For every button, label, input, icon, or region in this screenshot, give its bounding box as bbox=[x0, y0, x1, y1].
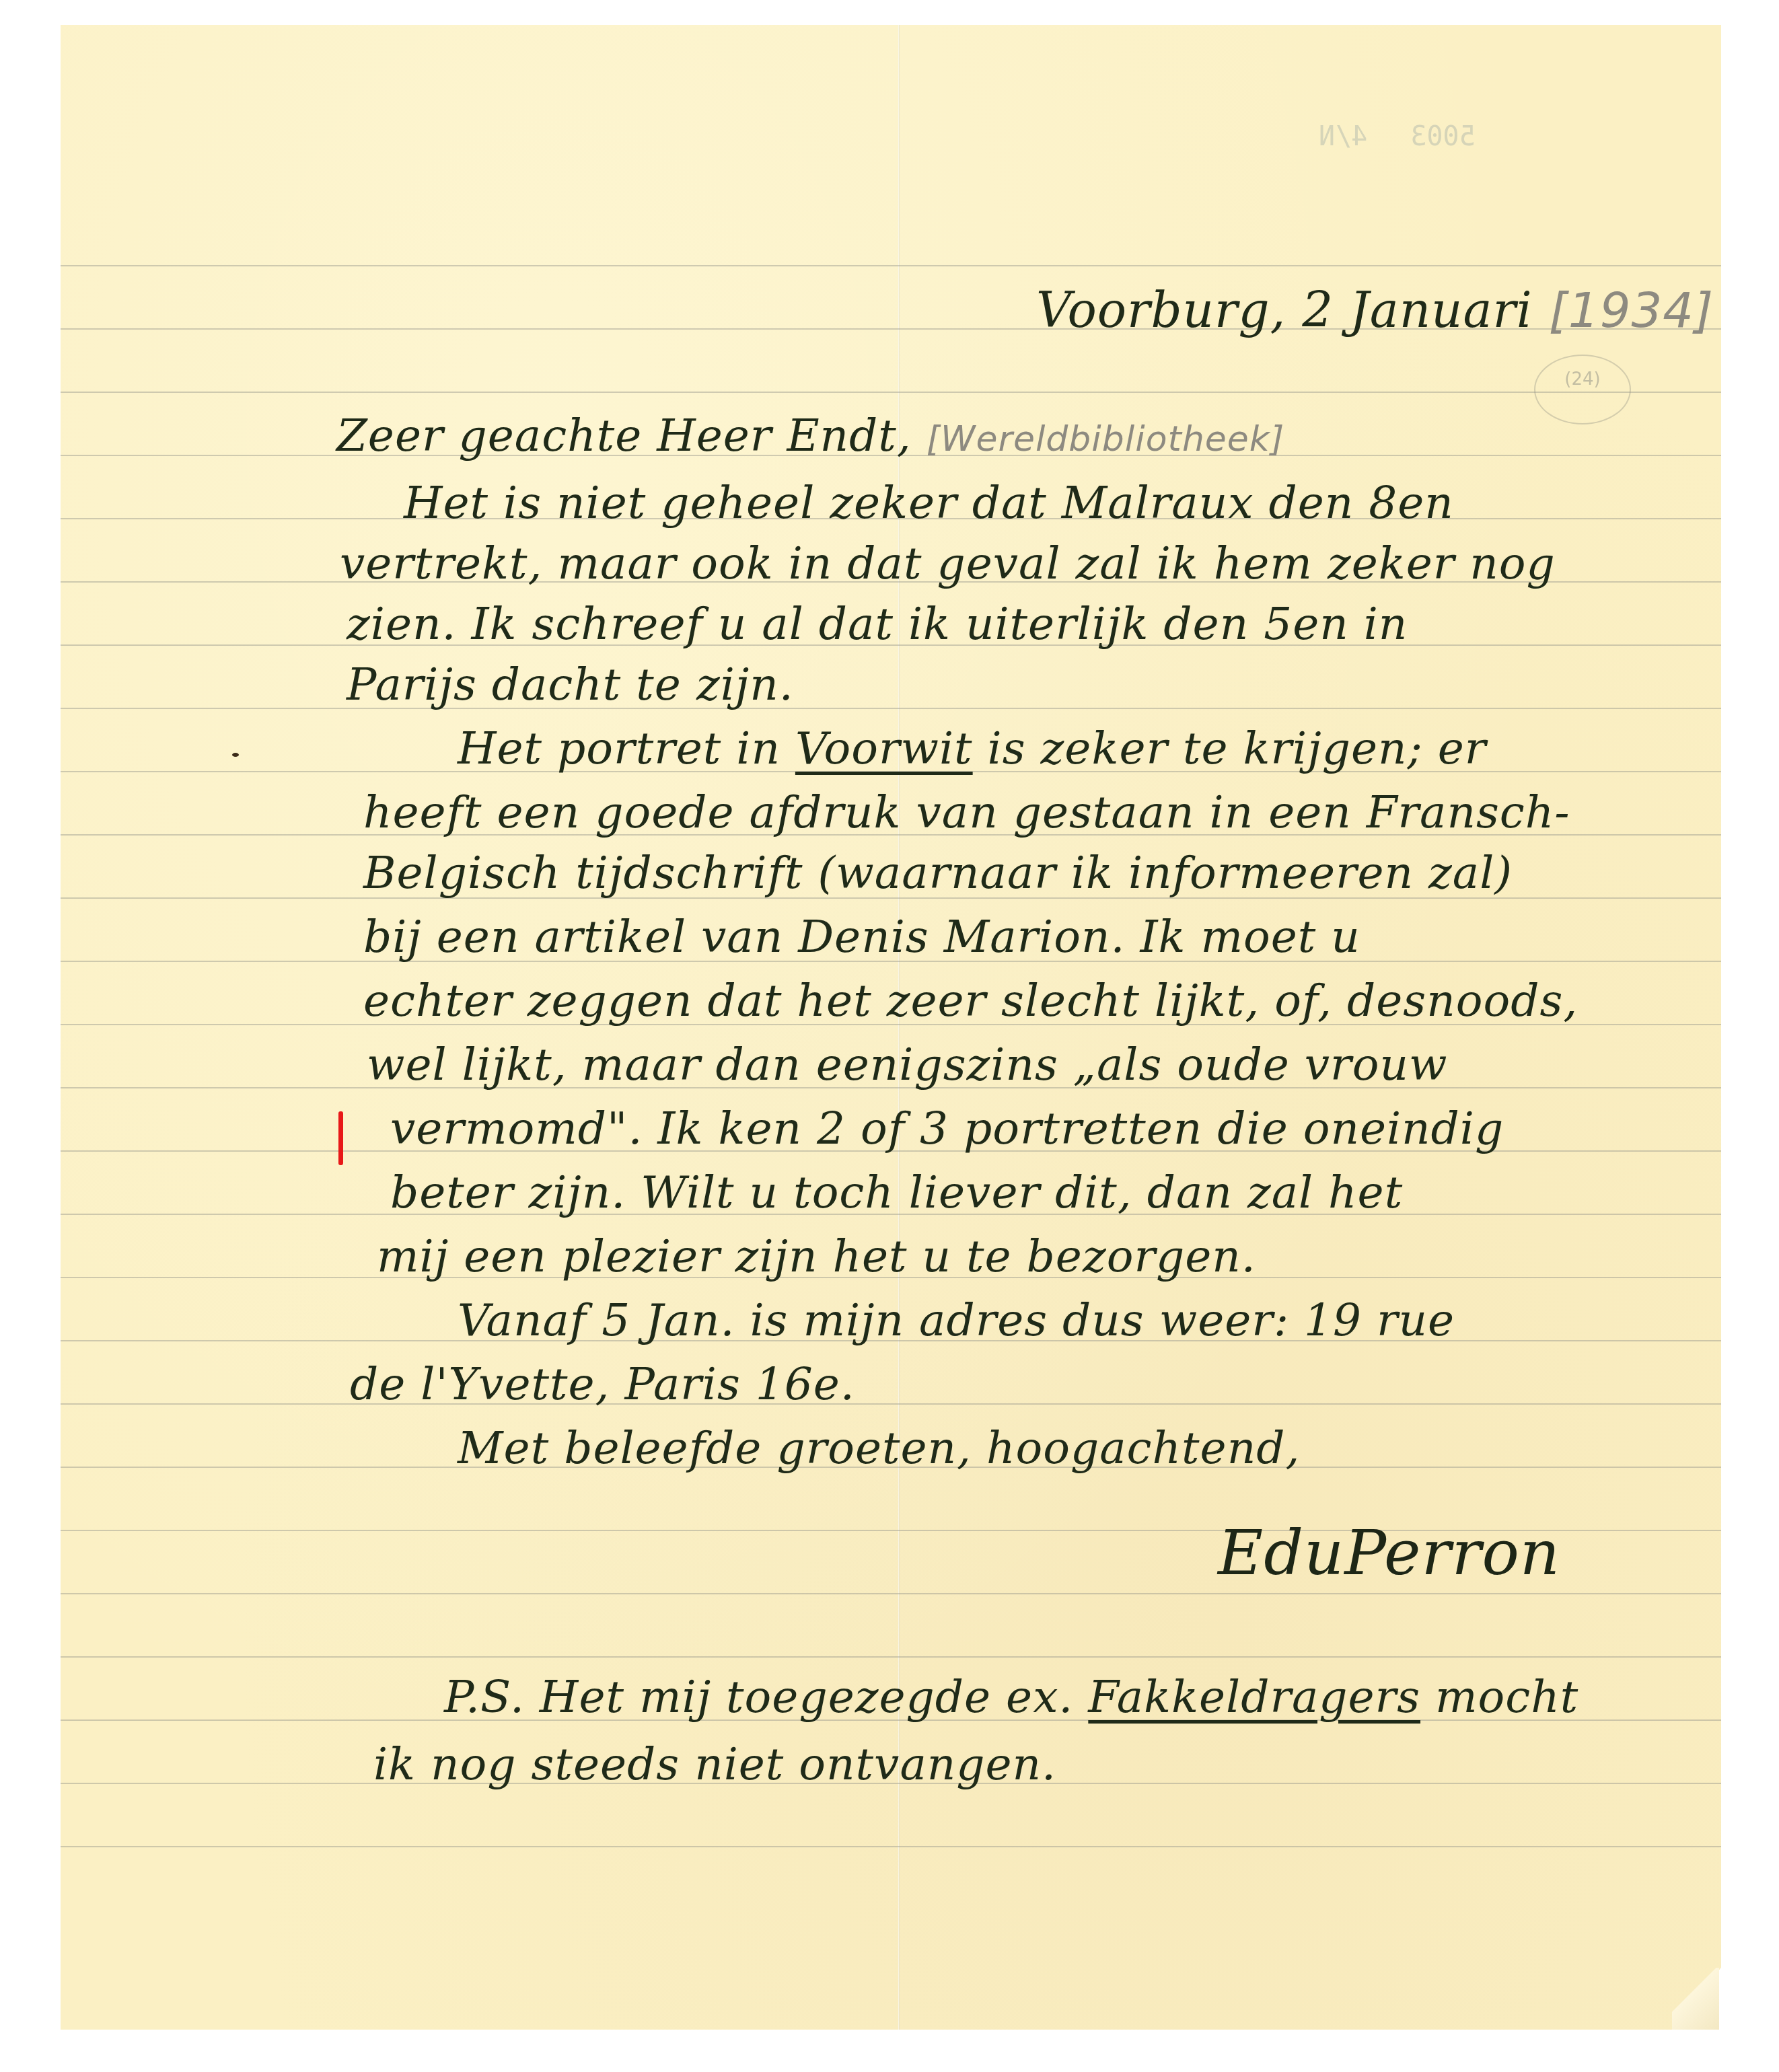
ruled-line bbox=[61, 1403, 1721, 1405]
red-margin-mark bbox=[338, 1111, 343, 1165]
body-line-7: Belgisch tijdschrift (waarnaar ik inform… bbox=[363, 851, 1513, 895]
year-annotation: [1934] bbox=[1549, 282, 1714, 338]
body-line-4: Parijs dacht te zijn. bbox=[347, 663, 794, 707]
ink-spot bbox=[232, 753, 239, 757]
book-title-fakkeldragers: Fakkeldragers bbox=[1088, 1671, 1420, 1723]
closing: Met beleefde groeten, hoogachtend, bbox=[458, 1426, 1300, 1471]
body-line-10: wel lijkt, maar dan eenigszins „als oude… bbox=[367, 1043, 1447, 1087]
ruled-line bbox=[61, 1656, 1721, 1658]
vertical-fold-line bbox=[898, 25, 900, 2030]
salutation-text: Zeer geachte Heer Endt, bbox=[336, 410, 912, 461]
postscript-line-1: P.S. Het mij toegezegde ex. Fakkeldrager… bbox=[444, 1675, 1578, 1719]
ruled-line bbox=[61, 708, 1721, 709]
body-line-1: Het is niet geheel zeker dat Malraux den… bbox=[404, 481, 1454, 525]
body-line-15: de l'Yvette, Paris 16e. bbox=[350, 1362, 855, 1407]
archive-stamp-prefix: 4/N bbox=[1319, 121, 1367, 152]
place-date: Voorburg, 2 Januari [1934] bbox=[1036, 286, 1714, 334]
body-line-11: vermomd". Ik ken 2 of 3 portretten die o… bbox=[390, 1107, 1504, 1151]
body-line-5: Het portret in Voorwit is zeker te krijg… bbox=[458, 727, 1486, 771]
ruled-line bbox=[61, 265, 1721, 266]
body-line-12: beter zijn. Wilt u toch liever dit, dan … bbox=[390, 1171, 1403, 1215]
salutation: Zeer geachte Heer Endt, [Wereldbibliothe… bbox=[336, 414, 1284, 458]
page-number-annotation: (24) bbox=[1534, 355, 1631, 424]
body-line-8: bij een artikel van Denis Marion. Ik moe… bbox=[363, 915, 1360, 959]
journal-title-voorwit: Voorwit bbox=[795, 723, 973, 774]
postscript-line-2: ik nog steeds niet ontvangen. bbox=[373, 1742, 1056, 1787]
place-date-text: Voorburg, 2 Januari bbox=[1036, 282, 1533, 338]
archive-stamp-mirrored: 5003 4/N bbox=[1319, 121, 1476, 152]
body-line-13: mij een plezier zijn het u te bezorgen. bbox=[377, 1234, 1256, 1279]
ruled-line bbox=[61, 1593, 1721, 1594]
archive-stamp-number: 5003 bbox=[1410, 121, 1475, 152]
body-line-14: Vanaf 5 Jan. is mijn adres dus weer: 19 … bbox=[458, 1298, 1455, 1343]
signature: EduPerron bbox=[1218, 1517, 1560, 1589]
body-line-9: echter zeggen dat het zeer slecht lijkt,… bbox=[363, 979, 1578, 1023]
ruled-line bbox=[61, 1846, 1721, 1847]
body-line-6: heeft een goede afdruk van gestaan in ee… bbox=[363, 790, 1570, 835]
body-line-2: vertrekt, maar ook in dat geval zal ik h… bbox=[340, 542, 1556, 586]
ruled-line bbox=[61, 392, 1721, 393]
publisher-annotation: [Wereldbibliotheek] bbox=[927, 419, 1284, 459]
body-line-3: zien. Ik schreef u al dat ik uiterlijk d… bbox=[347, 602, 1408, 646]
folded-corner bbox=[1672, 1968, 1719, 2030]
